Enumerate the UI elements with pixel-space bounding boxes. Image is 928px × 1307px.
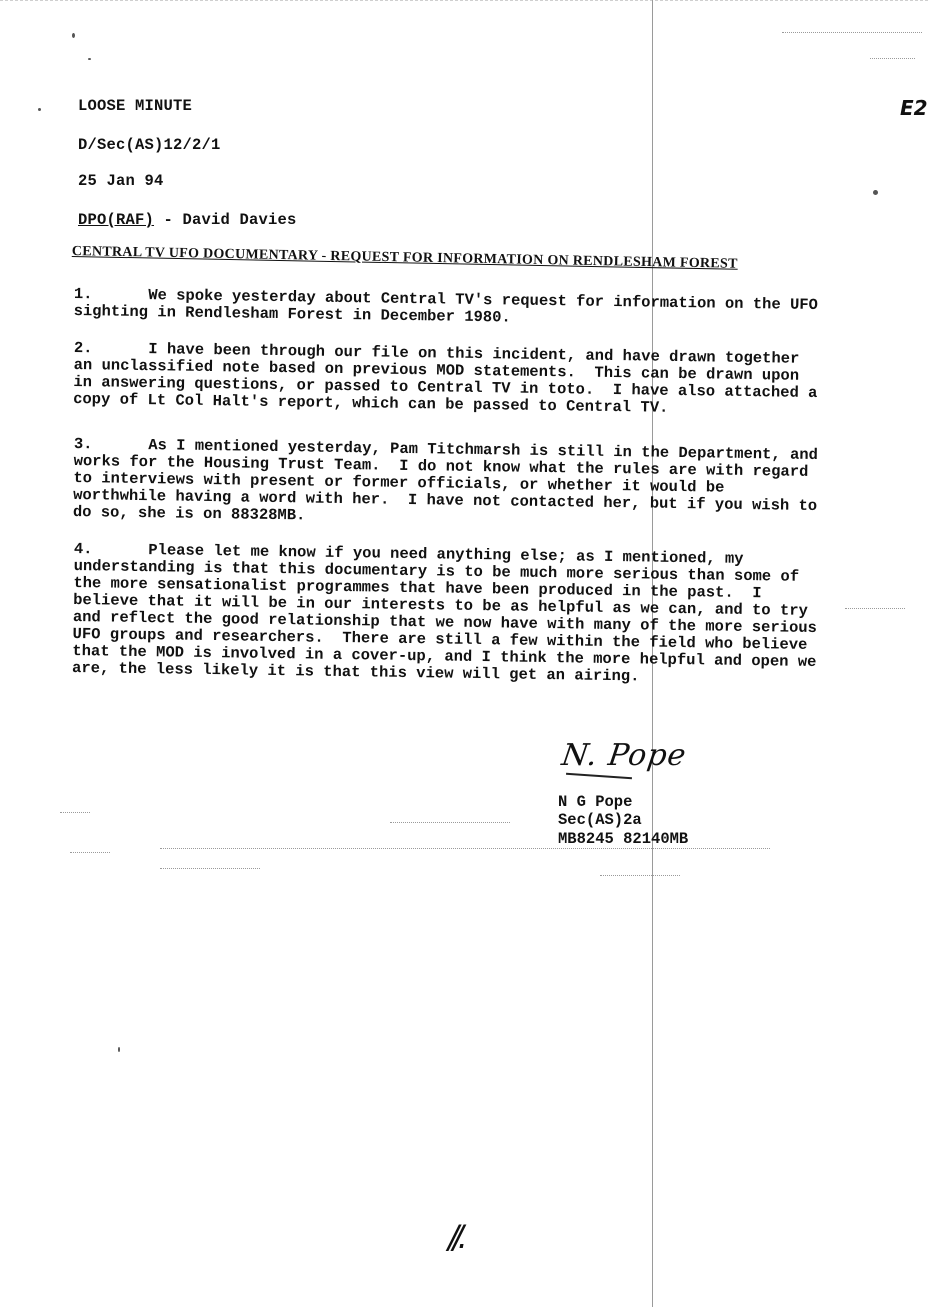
signer-name: N G Pope <box>558 793 632 811</box>
paragraph-4: 4. Please let me know if you need anythi… <box>72 541 864 689</box>
scan-artifact-line <box>160 848 770 850</box>
margin-annotation: E2 <box>900 96 928 120</box>
scan-artifact-line <box>60 812 90 814</box>
addressee-code: DPO(RAF) <box>78 211 154 229</box>
scanned-document-page: LOOSE MINUTE D/Sec(AS)12/2/1 25 Jan 94 D… <box>0 0 928 1307</box>
scan-artifact-line <box>600 875 680 877</box>
scan-artifact-line <box>160 868 260 870</box>
document-type-label: LOOSE MINUTE <box>78 97 192 115</box>
paragraph-3: 3. As I mentioned yesterday, Pam Titchma… <box>73 436 864 533</box>
scan-artifact-line <box>70 852 110 854</box>
addressee: DPO(RAF) - David Davies <box>78 211 297 229</box>
scan-artifact-line <box>870 58 915 60</box>
signer-branch: Sec(AS)2a <box>558 811 642 829</box>
subject-heading: CENTRAL TV UFO DOCUMENTARY - REQUEST FOR… <box>72 244 738 273</box>
page-mark: //. <box>448 1218 462 1256</box>
scan-speck <box>38 108 41 111</box>
file-reference: D/Sec(AS)12/2/1 <box>78 136 221 154</box>
page-top-edge <box>0 0 928 3</box>
scan-speck <box>118 1047 120 1052</box>
signer-phone: MB8245 82140MB <box>558 830 688 848</box>
handwritten-signature: N. Pope <box>560 738 689 773</box>
paragraph-2: 2. I have been through our file on this … <box>73 340 864 420</box>
scan-artifact-line <box>390 822 510 824</box>
addressee-name: - David Davies <box>154 211 297 229</box>
scan-artifact-line <box>782 32 922 34</box>
signature-underline <box>566 773 632 780</box>
scan-speck <box>88 58 91 60</box>
document-date: 25 Jan 94 <box>78 172 164 190</box>
scan-artifact-line <box>845 608 905 610</box>
scan-speck <box>873 190 878 195</box>
paragraph-1: 1. We spoke yesterday about Central TV's… <box>73 286 863 332</box>
scan-speck <box>72 33 75 38</box>
